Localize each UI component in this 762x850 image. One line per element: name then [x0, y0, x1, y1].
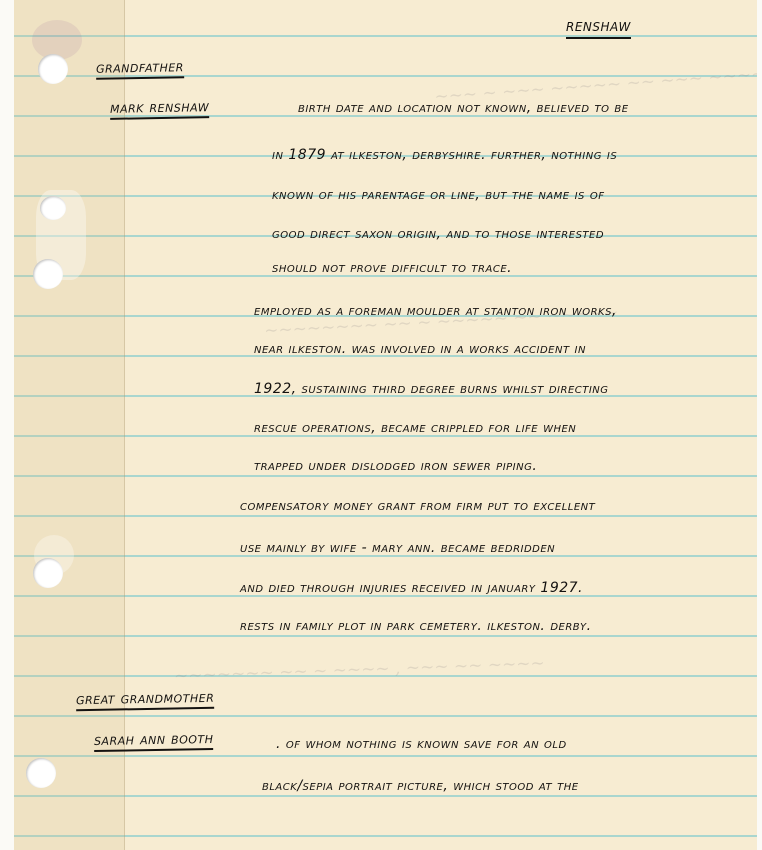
section-heading: GREAT GRANDMOTHER — [76, 687, 215, 711]
text-line: BLACK/SEPIA PORTRAIT PICTURE, WHICH STOO… — [262, 778, 579, 794]
text-line: COMPENSATORY MONEY GRANT FROM FIRM PUT T… — [240, 498, 595, 514]
bleed-through-text: ~~~~~~~ ~~ ~ ~~~~ , ~~~ ~~ ~~~~ — [174, 654, 545, 687]
punch-hole — [38, 54, 68, 84]
text-line: USE MAINLY BY WIFE - MARY ANN. BECAME BE… — [240, 540, 555, 556]
text-line: . OF WHOM NOTHING IS KNOWN SAVE FOR AN O… — [276, 736, 567, 752]
text-line: EMPLOYED AS A FOREMAN MOULDER AT STANTON… — [254, 303, 617, 319]
person-name: SARAH ANN BOOTH — [94, 728, 214, 752]
page-title: RENSHAW — [566, 16, 631, 39]
section-heading: GRANDFATHER — [96, 56, 184, 80]
text-line: 1922, SUSTAINING THIRD DEGREE BURNS WHIL… — [254, 381, 609, 397]
text-line: IN 1879 AT ILKESTON, DERBYSHIRE. FURTHER… — [272, 147, 617, 163]
text-line: RESTS IN FAMILY PLOT IN PARK CEMETERY. I… — [240, 618, 592, 634]
text-line: SHOULD NOT PROVE DIFFICULT TO TRACE. — [272, 260, 512, 276]
left-margin-strip — [14, 0, 125, 850]
punch-hole — [26, 758, 56, 788]
text-line: GOOD DIRECT SAXON ORIGIN, AND TO THOSE I… — [272, 226, 604, 242]
punch-hole — [33, 558, 63, 588]
punch-hole — [33, 259, 63, 289]
text-line: NEAR ILKESTON. WAS INVOLVED IN A WORKS A… — [254, 341, 586, 357]
person-name: MARK RENSHAW — [110, 96, 210, 120]
text-line: TRAPPED UNDER DISLODGED IRON SEWER PIPIN… — [254, 458, 537, 474]
text-line: RESCUE OPERATIONS, BECAME CRIPPLED FOR L… — [254, 420, 576, 436]
punch-hole — [40, 196, 66, 220]
text-line: KNOWN OF HIS PARENTAGE OR LINE, BUT THE … — [272, 187, 604, 203]
text-line: AND DIED THROUGH INJURIES RECEIVED IN JA… — [240, 580, 583, 596]
notebook-page: ~~~ ~ ~~~ ~~~~~ ~~ ~~~ ~~~~ ~~~~~~~ ~~~~… — [14, 0, 757, 850]
text-line: BIRTH DATE AND LOCATION NOT KNOWN, BELIE… — [298, 100, 629, 116]
